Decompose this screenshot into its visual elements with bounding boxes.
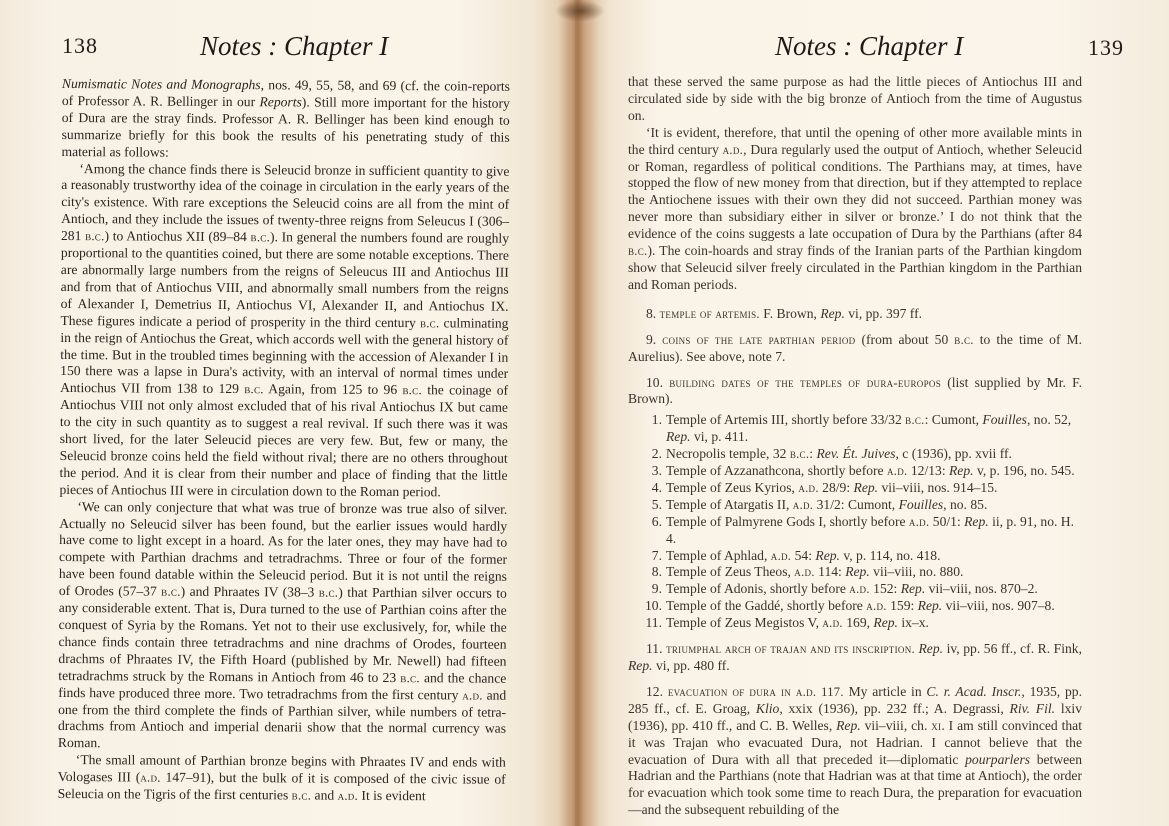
endnote: 9. coins of the late parthian period (fr… (628, 332, 1082, 366)
text-run: , no. 85. (943, 497, 987, 512)
endnote-heading: temple of artemis. (660, 307, 760, 321)
small-caps-text: b.c. (402, 383, 422, 397)
small-caps-text: b.c. (400, 671, 420, 685)
list-item: 3.Temple of Azzanathcona, shortly before… (628, 463, 1082, 480)
list-item-number: 5. (632, 497, 662, 514)
italic-text: Rep. (854, 480, 879, 495)
text-run: ix–x. (898, 615, 929, 630)
text-run: : Cumont, (925, 412, 983, 427)
italic-text: Riv. Fil. (1010, 701, 1056, 716)
small-caps-text: a.d. (338, 789, 359, 803)
page-number-left: 138 (62, 33, 98, 59)
text-run: 54: (791, 548, 815, 563)
endnote-number: 9. (646, 332, 662, 347)
list-item-number: 7. (632, 548, 662, 565)
small-caps-text: b.c. (292, 788, 312, 802)
small-caps-text: a.d. (909, 515, 929, 529)
endnote: 8. temple of artemis. F. Brown, Rep. vi,… (628, 306, 1082, 323)
list-item-number: 1. (632, 412, 662, 429)
paragraph: Numismatic Notes and Monographs, nos. 49… (61, 76, 510, 163)
list-item: 10.Temple of the Gaddé, shortly before a… (628, 598, 1082, 615)
text-run: 28/9: (819, 480, 854, 495)
text-run: 169, (843, 615, 874, 630)
text-run: Again, from 125 to 96 (264, 382, 403, 398)
small-caps-text: a.d. (822, 616, 842, 630)
italic-text: Rep. (918, 598, 943, 613)
list-item-number: 8. (632, 564, 662, 581)
paragraph: that these served the same purpose as ha… (628, 74, 1082, 125)
text-run: and (311, 788, 338, 803)
text-run: F. Brown, (760, 306, 820, 321)
endnote-heading: building dates of the temples of dura-eu… (669, 376, 941, 390)
endnote-number: 8. (646, 306, 660, 321)
text-run: Temple of the Gaddé, shortly before (666, 598, 866, 613)
text-run: vii–viii, nos. 870–2. (925, 581, 1038, 596)
endnote-text: 9. coins of the late parthian period (fr… (628, 332, 1082, 366)
text-run: Temple of Zeus Megistos V, (666, 615, 822, 630)
text-run: 50/1: (929, 514, 964, 529)
small-caps-text: a.d. (793, 498, 813, 512)
text-run: , no. 52, (1027, 412, 1071, 427)
italic-text: pourparlers (965, 752, 1030, 767)
endnote: 11. triumphal arch of trajan and its ins… (628, 641, 1082, 675)
small-caps-text: b.c. (244, 382, 264, 396)
italic-text: Rep. (901, 581, 926, 596)
text-run: vi, p. 411. (691, 429, 749, 444)
text-run: It is evident (358, 788, 426, 803)
list-item: 7.Temple of Aphlad, a.d. 54: Rep. v, p. … (628, 548, 1082, 565)
paragraph: ‘Among the chance finds there is Seleuci… (59, 161, 509, 502)
text-run: vi, pp. 397 ff. (845, 306, 922, 321)
small-caps-text: a.d. (723, 143, 743, 157)
paragraph: ‘The small amount of Parthian bronze beg… (58, 752, 506, 805)
list-item-number: 4. (632, 480, 662, 497)
list-item: 4.Temple of Zeus Kyrios, a.d. 28/9: Rep.… (628, 480, 1082, 497)
left-page: 138 Notes : Chapter I Numismatic Notes a… (0, 0, 575, 826)
text-run: Temple of Aphlad, (666, 548, 771, 563)
endnote-number: 10. (646, 375, 669, 390)
text-run: Temple of Azzanathcona, shortly before (666, 463, 887, 478)
text-run: 152: (870, 581, 901, 596)
list-item-number: 10. (632, 598, 662, 615)
page-number-right: 139 (1088, 35, 1124, 61)
list-item: 5.Temple of Atargatis II, a.d. 31/2: Cum… (628, 497, 1082, 514)
left-page-body: Numismatic Notes and Monographs, nos. 49… (58, 76, 510, 806)
paragraph: ‘We can only conjecture that what was tr… (58, 499, 508, 755)
italic-text: Rep. (964, 514, 989, 529)
text-run: , c (1936), pp. xvii ff. (895, 446, 1011, 461)
small-caps-text: a.d. (462, 688, 483, 702)
text-run: v, p. 196, no. 545. (974, 463, 1075, 478)
italic-text: Reports (259, 94, 301, 109)
text-run: 12/13: (907, 463, 949, 478)
small-caps-text: b.c. (161, 585, 181, 599)
text-run: 114: (815, 564, 845, 579)
small-caps-text: b.c. (319, 586, 339, 600)
spine-shadow (555, 0, 605, 22)
text-run: vii–viii, nos. 907–8. (942, 598, 1055, 613)
endnote-number: 12. (646, 684, 668, 699)
list-item-number: 3. (632, 463, 662, 480)
list-item-number: 2. (632, 446, 662, 463)
text-run: vii–viii, nos. 914–15. (878, 480, 997, 495)
text-run: Temple of Zeus Theos, (666, 564, 794, 579)
text-run: 159: (887, 598, 918, 613)
small-caps-text: b.c. (85, 229, 105, 243)
endnote-heading: triumphal arch of trajan and its inscrip… (666, 642, 915, 656)
text-run: ) and Phraates IV (38–3 (181, 584, 319, 600)
italic-text: Fouilles (982, 412, 1027, 427)
text-run: vii–viii, ch. (861, 718, 932, 733)
right-page-body: that these served the same purpose as ha… (628, 74, 1082, 819)
small-caps-text: a.d. (866, 599, 886, 613)
endnote-heading: coins of the late parthian period (662, 333, 855, 347)
endnote-number: 11. (646, 641, 666, 656)
list-item: 8.Temple of Zeus Theos, a.d. 114: Rep. v… (628, 564, 1082, 581)
small-caps-text: b.c. (905, 413, 924, 427)
italic-text: Rep. (815, 548, 840, 563)
list-item-number: 9. (632, 581, 662, 598)
endnote-text: 10. building dates of the temples of dur… (628, 375, 1082, 409)
endnote-text: 12. evacuation of dura in a.d. 117. My a… (628, 684, 1082, 819)
book-spread: 138 Notes : Chapter I Numismatic Notes a… (0, 0, 1169, 826)
text-run: (from about 50 (855, 332, 954, 347)
list-item: 9.Temple of Adonis, shortly before a.d. … (628, 581, 1082, 598)
italic-text: Rep. (628, 658, 653, 673)
italic-text: C. r. Acad. Inscr. (926, 684, 1021, 699)
text-run: Temple of Atargatis II, (666, 497, 793, 512)
text-run: vi, pp. 480 ff. (653, 658, 730, 673)
small-caps-text: a.d. (771, 549, 791, 563)
text-run: 31/2: Cumont, (813, 497, 898, 512)
list-item: 2.Necropolis temple, 32 b.c.: Rev. Ét. J… (628, 446, 1082, 463)
text-run: Temple of Zeus Kyrios, (666, 480, 798, 495)
text-run: v, p. 114, no. 418. (840, 548, 941, 563)
endnote: 12. evacuation of dura in a.d. 117. My a… (628, 684, 1082, 819)
text-run: Temple of Adonis, shortly before (666, 581, 849, 596)
small-caps-text: a.d. (887, 464, 907, 478)
endnote-heading: evacuation of dura in a.d. 117. (668, 685, 844, 699)
endnote-text: 11. triumphal arch of trajan and its ins… (628, 641, 1082, 675)
text-run: iv, pp. 56 ff., cf. R. Fink, (943, 641, 1082, 656)
temple-list: 1.Temple of Artemis III, shortly before … (628, 412, 1082, 632)
text-run: vii–viii, no. 880. (870, 564, 964, 579)
small-caps-text: a.d. (140, 771, 161, 785)
small-caps-text: b.c. (251, 230, 271, 244)
text-run: ) to Antiochus XII (89–84 (105, 228, 251, 244)
italic-text: Klio (756, 701, 779, 716)
list-item-number: 11. (632, 615, 662, 632)
text-run: Necropolis temple, 32 (666, 446, 790, 461)
small-caps-text: a.d. (794, 565, 814, 579)
small-caps-text: xi (931, 719, 941, 733)
text-run: My article in (844, 684, 927, 699)
list-item: 6.Temple of Palmyrene Gods I, shortly be… (628, 514, 1082, 548)
italic-text: Fouilles (899, 497, 944, 512)
small-caps-text: a.d. (849, 582, 869, 596)
italic-text: Rep. (919, 641, 944, 656)
text-run: the coinage of Antiochus VIII not only a… (59, 383, 508, 500)
endnote: 10. building dates of the temples of dur… (628, 375, 1082, 633)
paragraph: ‘It is evident, therefore, that until th… (628, 125, 1082, 294)
small-caps-text: a.d. (798, 481, 818, 495)
italic-text: Rep. (845, 564, 870, 579)
italic-text: Rep. (949, 463, 974, 478)
running-head-right: Notes : Chapter I (775, 31, 963, 62)
book-gutter (558, 0, 598, 826)
italic-text: Rev. Ét. Juives (816, 446, 895, 461)
small-caps-text: b.c. (790, 447, 809, 461)
text-run: that these served the same purpose as ha… (628, 74, 1082, 123)
list-item-number: 6. (632, 514, 662, 531)
italic-text: Rep. (666, 429, 691, 444)
italic-text: Rep. (873, 615, 898, 630)
small-caps-text: b.c. (628, 244, 647, 258)
italic-text: Numismatic Notes and Monographs (62, 76, 261, 92)
text-run: Temple of Palmyrene Gods I, shortly befo… (666, 514, 909, 529)
text-run: Temple of Artemis III, shortly before 33… (666, 412, 905, 427)
text-run: , xxix (1936), pp. 232 ff.; A. Degrassi, (779, 701, 1009, 716)
endnote-text: 8. temple of artemis. F. Brown, Rep. vi,… (628, 306, 1082, 323)
running-head-left: Notes : Chapter I (200, 31, 388, 62)
italic-text: Rep. (820, 306, 845, 321)
text-run: ). The coin-hoards and stray finds of th… (628, 243, 1082, 292)
list-item: 11.Temple of Zeus Megistos V, a.d. 169, … (628, 615, 1082, 632)
small-caps-text: b.c. (420, 316, 440, 330)
italic-text: Rep. (836, 718, 861, 733)
small-caps-text: b.c. (954, 333, 973, 347)
list-item: 1.Temple of Artemis III, shortly before … (628, 412, 1082, 446)
